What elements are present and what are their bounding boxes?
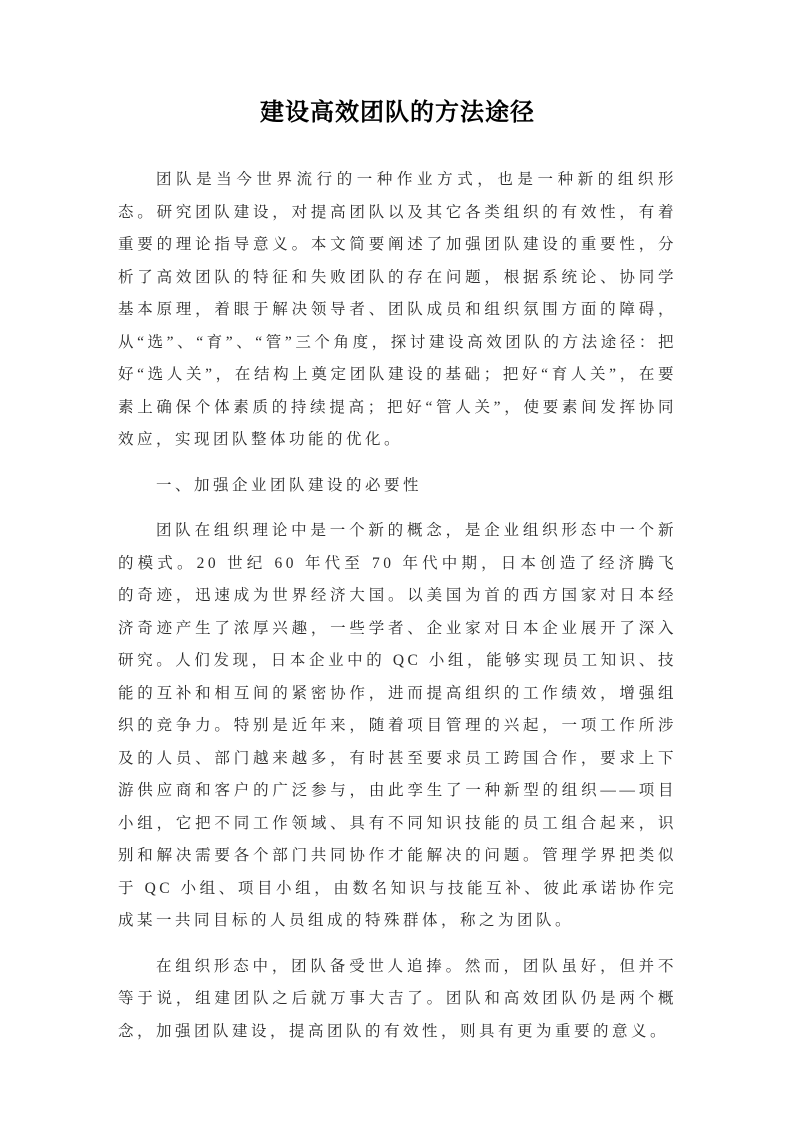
section-1-paragraph-1: 团队在组织理论中是一个新的概念，是企业组织形态中一个新的模式。20 世纪 60 … bbox=[118, 515, 677, 938]
section-heading-1: 一、加强企业团队建设的必要性 bbox=[118, 470, 677, 503]
document-title: 建设高效团队的方法途径 bbox=[118, 94, 677, 132]
section-1-paragraph-2: 在组织形态中，团队备受世人追捧。然而，团队虽好，但并不等于说，组建团队之后就万事… bbox=[118, 951, 677, 1049]
intro-paragraph: 团队是当今世界流行的一种作业方式，也是一种新的组织形态。研究团队建设，对提高团队… bbox=[118, 164, 677, 457]
document-page: 建设高效团队的方法途径 团队是当今世界流行的一种作业方式，也是一种新的组织形态。… bbox=[0, 0, 793, 1122]
